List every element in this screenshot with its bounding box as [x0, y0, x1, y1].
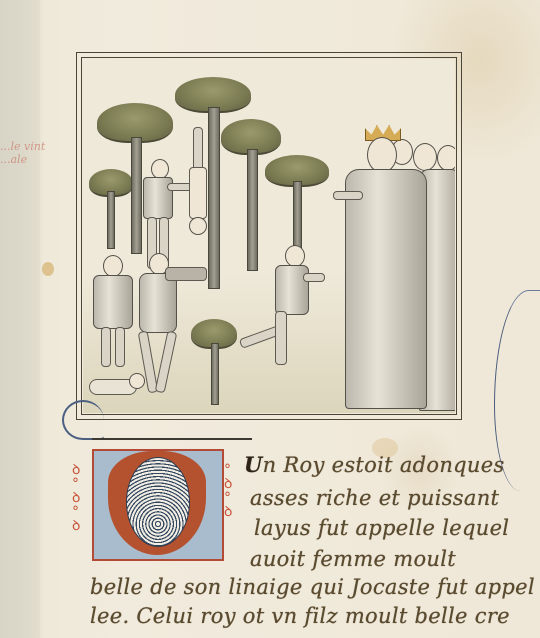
red-penwork-flourish: ꝺ°ꝺ°ꝺ — [72, 463, 80, 533]
text-line: layus fut appelle lequel — [254, 516, 509, 540]
manuscript-page: ...le vint ...ale — [0, 0, 540, 638]
text-line: auoit femme moult — [250, 547, 456, 571]
parchment-stain — [42, 262, 54, 276]
tree-icon — [191, 319, 237, 405]
red-penwork-flourish: °ꝺ°ꝺ — [224, 463, 232, 519]
text-line: lee. Celui roy ot vn filz moult belle cr… — [90, 604, 510, 628]
miniature-illustration — [76, 52, 462, 420]
line-capital: U — [244, 452, 263, 477]
decorated-initial: ꝺ°ꝺ°ꝺ °ꝺ°ꝺ — [82, 443, 232, 569]
initial-top-rule — [92, 438, 252, 440]
facing-page-bleed: ...le vint ...ale — [0, 0, 40, 638]
initial-filigree-fill — [126, 457, 190, 547]
miniature-scene — [83, 59, 455, 413]
line-text: n Roy estoit adonques — [263, 453, 505, 477]
text-line: belle de son linaige qui Jocaste fut app… — [90, 575, 535, 599]
bleed-text: ...le vint ...ale — [0, 140, 45, 166]
blue-flourish-ornament — [62, 400, 104, 440]
text-line: Un Roy estoit adonques — [244, 452, 505, 477]
tree-icon — [265, 155, 329, 259]
text-line: asses riche et puissant — [250, 486, 499, 510]
margin-pen-doodle — [494, 290, 540, 491]
